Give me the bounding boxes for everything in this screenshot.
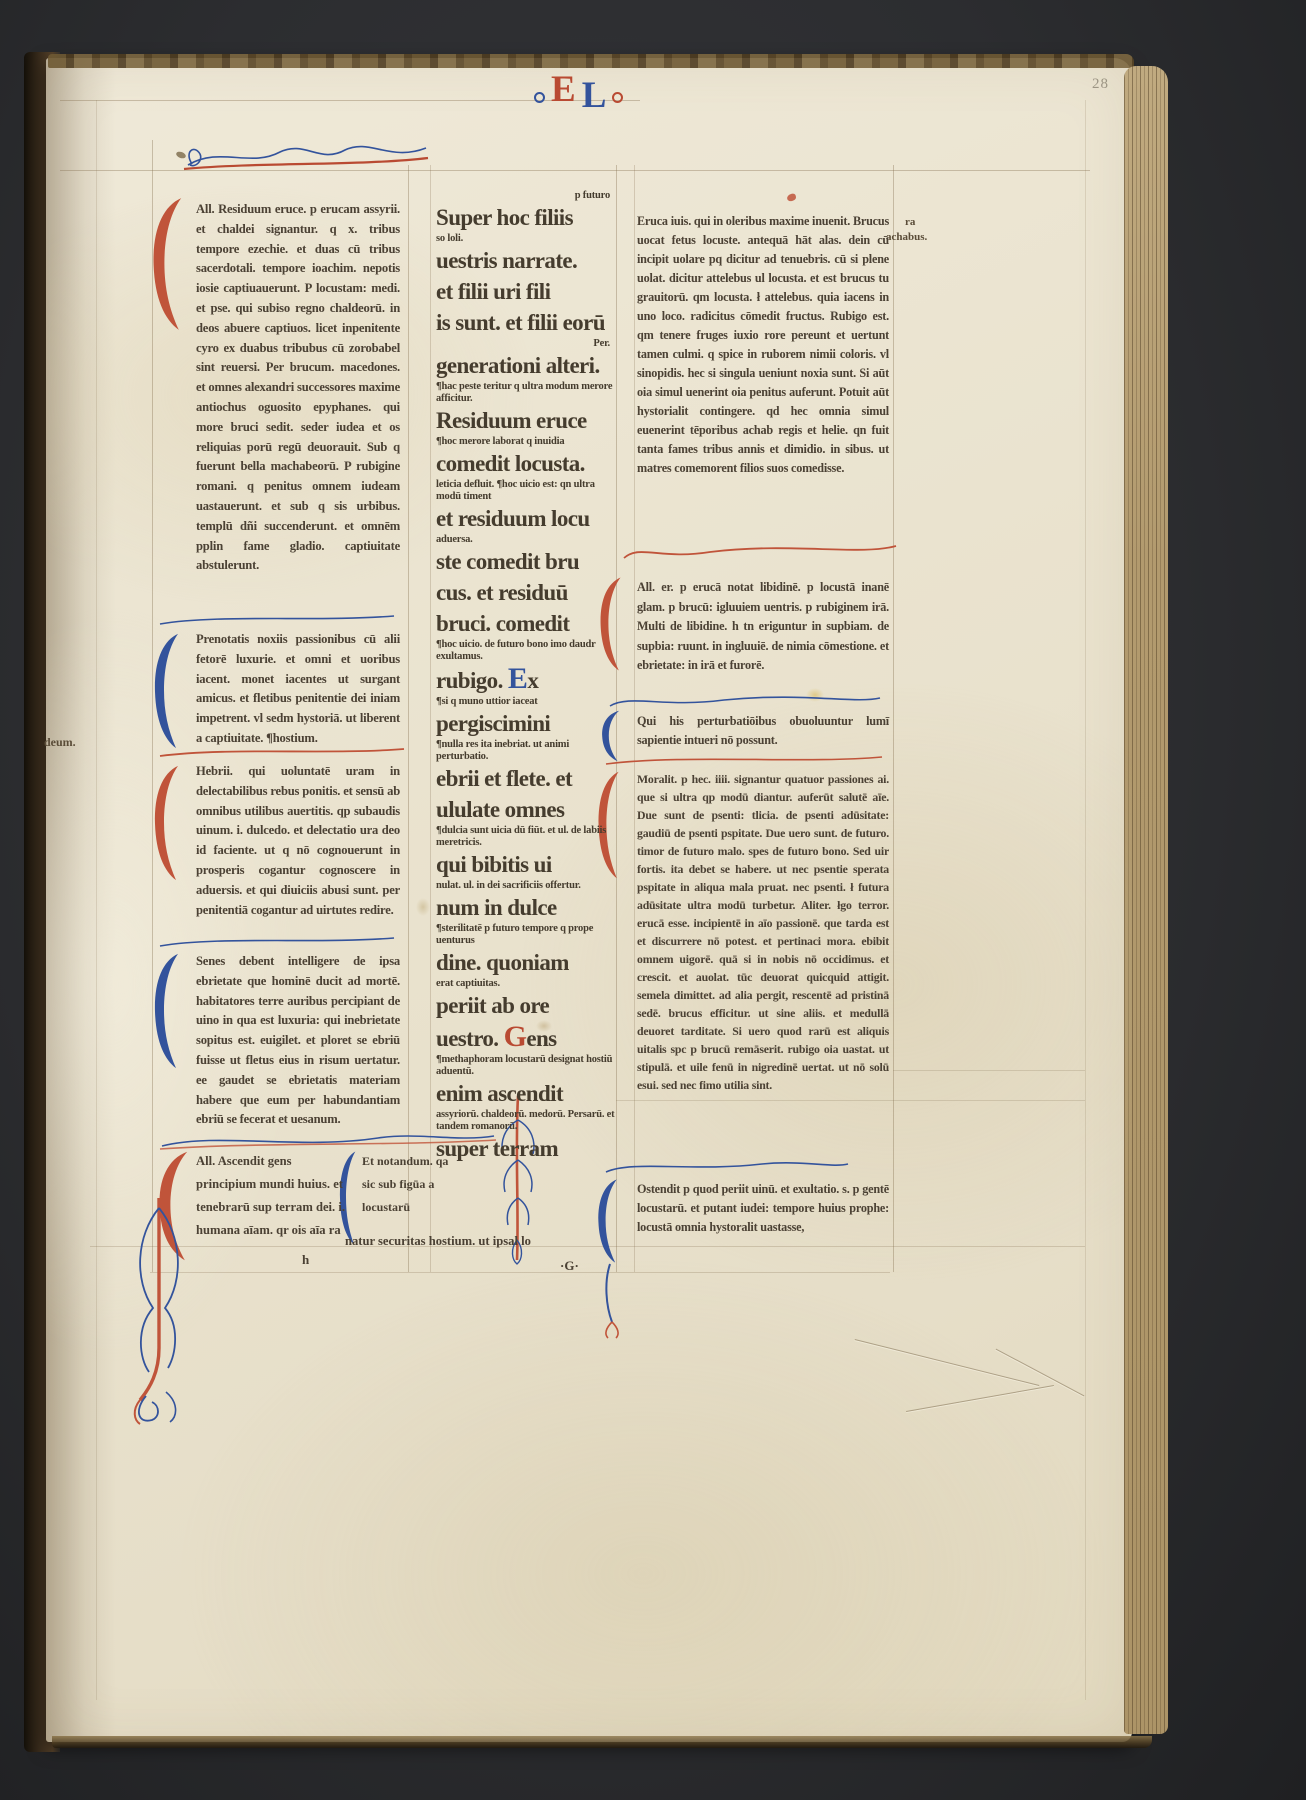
header-letter-e: E <box>551 70 576 110</box>
ruling-line <box>1085 100 1086 1700</box>
photograph-of-manuscript: E L 28 ra achabus. deum. <box>0 0 1306 1800</box>
lemma-line: generationi alteri. <box>436 350 616 381</box>
gloss-block-left: All. Ascendit gens principium mundi huiu… <box>196 1150 348 1242</box>
paraph-tail-ornament <box>596 1262 626 1340</box>
gloss-line: nulat. ul. in dei sacrificiis offertur. <box>436 880 616 892</box>
lemma-text: x <box>527 668 538 693</box>
paraph-initial-blue <box>596 1178 620 1264</box>
ruling-line <box>634 165 635 1272</box>
penwork-flourish <box>180 138 430 178</box>
gloss-line: ¶hoc uicio. de futuro bono imo daudr exu… <box>436 639 616 663</box>
lemma-text: rubigo. <box>436 668 508 693</box>
split-gloss-row: All. Ascendit gens principium mundi huiu… <box>196 1150 464 1242</box>
lemma-line: num in dulce <box>436 892 616 923</box>
gloss-block: All. Residuum eruce. p erucam assyrii. e… <box>196 200 400 576</box>
penwork-flourish <box>602 1158 852 1176</box>
running-header: E L <box>534 70 623 116</box>
margin-note-left: deum. <box>44 736 76 749</box>
paraph-initial-red <box>150 196 186 332</box>
gloss-block: Senes debent intelligere de ipsa ebrieta… <box>196 952 400 1130</box>
cadel-descender-ornament <box>126 1196 192 1428</box>
lemma-line-with-initial: uestro. Gens <box>436 1021 616 1054</box>
catchword-col2: ·G· <box>560 1258 579 1274</box>
penwork-flourish <box>604 692 884 710</box>
gloss-line: Per. <box>436 338 616 350</box>
penwork-flourish <box>604 752 884 768</box>
ruling-line <box>893 165 894 1272</box>
gloss-line: assyriorū. chaldeorū. medorū. Persarū. e… <box>436 1109 616 1133</box>
gloss-line: ¶hoc merore laborat q inuidia <box>436 436 616 448</box>
lemma-line: cus. et residuū <box>436 577 616 608</box>
book-fore-edge <box>1124 66 1168 1734</box>
gloss-line: ¶dulcia sunt uicia dū fiūt. et ul. de la… <box>436 825 616 849</box>
ruling-line <box>893 1070 1085 1071</box>
gloss-line: ¶hac peste teritur q ultra modum merore … <box>436 381 616 405</box>
lemma-line: qui bibitis ui <box>436 849 616 880</box>
lemma-line: periit ab ore <box>436 990 616 1021</box>
ruling-line <box>408 165 409 1272</box>
lemma-line-with-initial: rubigo. Ex <box>436 663 616 696</box>
paraph-initial-blue <box>152 632 182 750</box>
lemma-line: comedit locusta. <box>436 448 616 479</box>
ruling-line <box>96 100 97 1700</box>
lemma-line: is sunt. et filii eorū <box>436 307 616 338</box>
ruling-line <box>616 1100 1085 1101</box>
gloss-line: ¶methaphoram locustarū designat hostiū a… <box>436 1054 616 1078</box>
gloss-block: Qui his perturbatiōibus obuoluuntur lumī… <box>637 712 889 750</box>
gloss-line: so loli. <box>436 233 616 245</box>
penwork-flourish <box>158 934 398 950</box>
penwork-flourish <box>158 612 398 628</box>
gloss-block: Moralit. p hec. iiii. signantur quatuor … <box>637 770 889 1094</box>
lemma-line: bruci. comedit <box>436 608 616 639</box>
lemma-line: Super hoc filiis <box>436 202 616 233</box>
margin-note-right-line1: ra <box>905 216 915 229</box>
paraph-initial-red <box>152 764 182 882</box>
decorated-initial-g: G <box>504 1020 527 1053</box>
margin-note-right-line2: achabus. <box>886 231 927 244</box>
lemma-line: Residuum eruce <box>436 405 616 436</box>
gloss-block: Ostendit p quod periit uinū. et exultati… <box>637 1180 889 1237</box>
decorated-initial-e: E <box>508 662 527 695</box>
lemma-line: pergiscimini <box>436 708 616 739</box>
folio-number: 28 <box>1092 76 1109 93</box>
lemma-line: uestris narrate. <box>436 245 616 276</box>
gloss-block: Eruca iuis. qui in oleribus maxime inuen… <box>637 212 889 478</box>
gloss-line: p futuro <box>436 190 616 202</box>
header-letter-l: L <box>582 76 607 116</box>
gloss-line: aduersa. <box>436 534 616 546</box>
gloss-line: ¶sterilitatē p futuro tempore q prope ue… <box>436 923 616 947</box>
gloss-line: erat captiuitas. <box>436 978 616 990</box>
lemma-line: super terram <box>436 1133 616 1164</box>
catchword-col1: h <box>302 1252 309 1268</box>
gloss-block: Prenotatis noxiis passionibus cū alii fe… <box>196 630 400 749</box>
ruling-line <box>150 1272 890 1273</box>
lemma-text: uestro. <box>436 1026 504 1051</box>
lemma-column: p futuro Super hoc filiis so loli. uestr… <box>436 190 616 1164</box>
lemma-line: dine. quoniam <box>436 947 616 978</box>
gloss-block: Hebrii. qui uoluntatē uram in delectabil… <box>196 762 400 920</box>
spanning-gloss-line: natur securitas hostium. ut ipsal lo <box>345 1234 675 1249</box>
lemma-line: et filii uri fili <box>436 276 616 307</box>
lemma-line: et residuum locu <box>436 503 616 534</box>
lemma-line: ste comedit bru <box>436 546 616 577</box>
paraph-initial-blue <box>152 952 182 1070</box>
gloss-line: ¶nulla res ita inebriat. ut animi pertur… <box>436 739 616 763</box>
gloss-line: leticia defluit. ¶hoc uicio est: qn ultr… <box>436 479 616 503</box>
header-blue-dot <box>534 92 545 103</box>
gloss-line: ¶si q muno uttior iaceat <box>436 696 616 708</box>
book-top-edge <box>48 54 1134 68</box>
ruling-line <box>430 165 431 1272</box>
lemma-line: enim ascendit <box>436 1078 616 1109</box>
penwork-flourish <box>620 540 900 562</box>
lemma-line: ebrii et flete. et <box>436 763 616 794</box>
book-bottom-edge <box>52 1736 1152 1748</box>
header-red-dot <box>612 92 623 103</box>
lemma-line: ululate omnes <box>436 794 616 825</box>
gloss-block: All. er. p erucā notat libidinē. p locus… <box>637 578 889 676</box>
lemma-text: ens <box>526 1026 556 1051</box>
